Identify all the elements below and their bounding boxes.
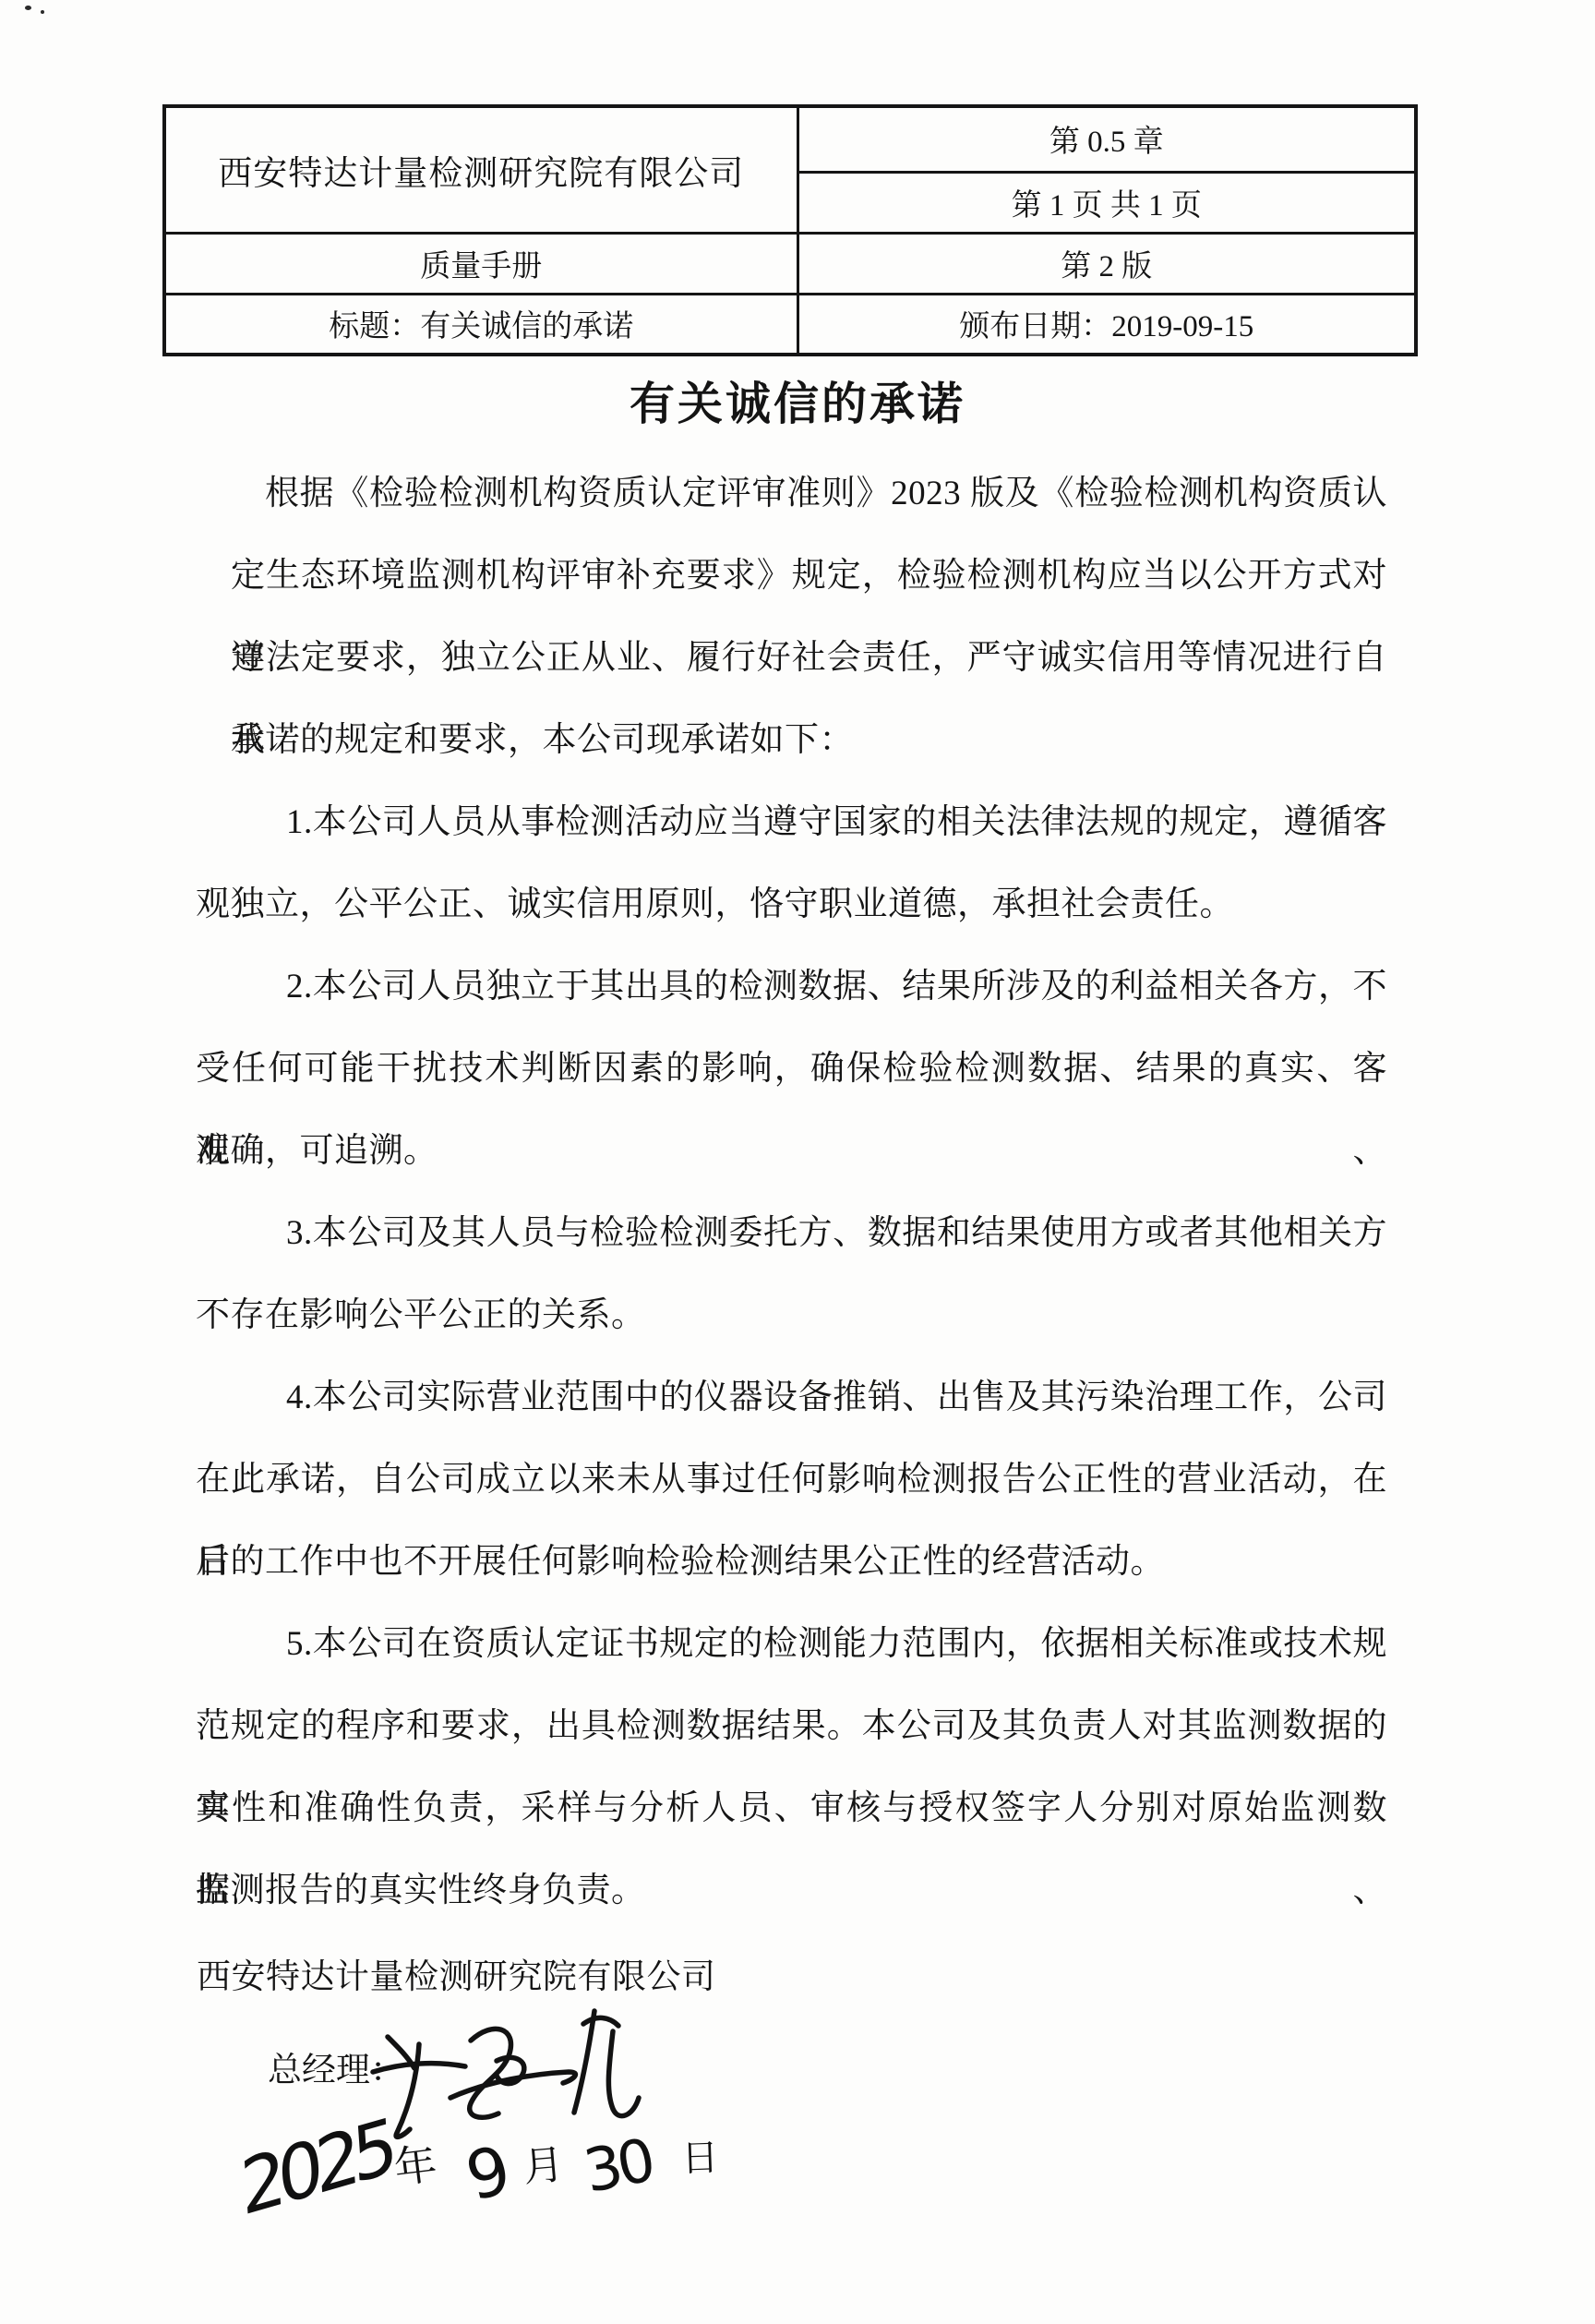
- handwritten-date: 2025年9月30日: [236, 2105, 886, 2238]
- header-manual-name: 质量手册: [164, 233, 797, 294]
- body-line: 后的工作中也不开展任何影响检验检测结果公正性的经营活动。: [196, 1521, 1387, 1603]
- header-version: 第 2 版: [797, 233, 1416, 294]
- header-issue-date: 颁布日期：2019-09-15: [797, 294, 1416, 355]
- body-line: 2.本公司人员独立于其出具的检测数据、结果所涉及的利益相关各方，不: [196, 945, 1387, 1028]
- body-line: 1.本公司人员从事检测活动应当遵守国家的相关法律法规的规定，遵循客: [196, 781, 1387, 863]
- header-title-label: 标题：有关诚信的承诺: [164, 294, 797, 355]
- page-title: 有关诚信的承诺: [0, 376, 1595, 433]
- header-table: 西安特达计量检测研究院有限公司 第 0.5 章 第 1 页 共 1 页 质量手册…: [162, 104, 1418, 356]
- handwritten-date-part: 9: [458, 2130, 518, 2216]
- handwritten-date-part: 30: [579, 2127, 656, 2207]
- body-line: 5.本公司在资质认定证书规定的检测能力范围内，依据相关标准或技术规: [196, 1603, 1387, 1685]
- handwritten-date-part: 月: [521, 2131, 566, 2194]
- body-line: 4.本公司实际营业范围中的仪器设备推销、出售及其污染治理工作，公司: [196, 1356, 1387, 1439]
- body-line: 实性和准确性负责，采样与分析人员、审核与授权签字人分别对原始监测数据、: [196, 1767, 1387, 1849]
- body-line: 不存在影响公平公正的关系。: [196, 1274, 1387, 1356]
- body-line: 承诺的规定和要求，本公司现承诺如下：: [231, 699, 1387, 781]
- scan-speck: [25, 6, 31, 10]
- header-chapter: 第 0.5 章: [797, 106, 1416, 172]
- handwritten-date-part: 2025: [238, 2102, 393, 2233]
- header-page-info: 第 1 页 共 1 页: [797, 172, 1416, 233]
- body-line: 定生态环境监测机构评审补充要求》规定，检验检测机构应当以公开方式对遵: [231, 535, 1387, 617]
- document-page: 西安特达计量检测研究院有限公司 第 0.5 章 第 1 页 共 1 页 质量手册…: [0, 0, 1595, 2324]
- body-line: 3.本公司及其人员与检验检测委托方、数据和结果使用方或者其他相关方: [196, 1192, 1387, 1274]
- body-text: 根据《检验检测机构资质认定评审准则》2023 版及《检验检测机构资质认定生态环境…: [0, 452, 1595, 1932]
- handwritten-date-part: 年: [390, 2130, 439, 2196]
- body-line: 在此承诺，自公司成立以来未从事过任何影响检测报告公正性的营业活动，在日: [196, 1439, 1387, 1521]
- scan-speck: [41, 10, 44, 14]
- body-line: 观独立，公平公正、诚实信用原则，恪守职业道德，承担社会责任。: [196, 863, 1387, 945]
- body-line: 守法定要求，独立公正从业、履行好社会责任，严守诚实信用等情况进行自我: [231, 617, 1387, 699]
- body-line: 范规定的程序和要求，出具检测数据结果。本公司及其负责人对其监测数据的真: [196, 1685, 1387, 1767]
- body-line: 根据《检验检测机构资质认定评审准则》2023 版及《检验检测机构资质认: [231, 452, 1387, 535]
- header-company-name: 西安特达计量检测研究院有限公司: [164, 106, 797, 233]
- body-line: 受任何可能干扰技术判断因素的影响，确保检验检测数据、结果的真实、客观、: [196, 1028, 1387, 1110]
- handwritten-date-part: 日: [680, 2128, 719, 2182]
